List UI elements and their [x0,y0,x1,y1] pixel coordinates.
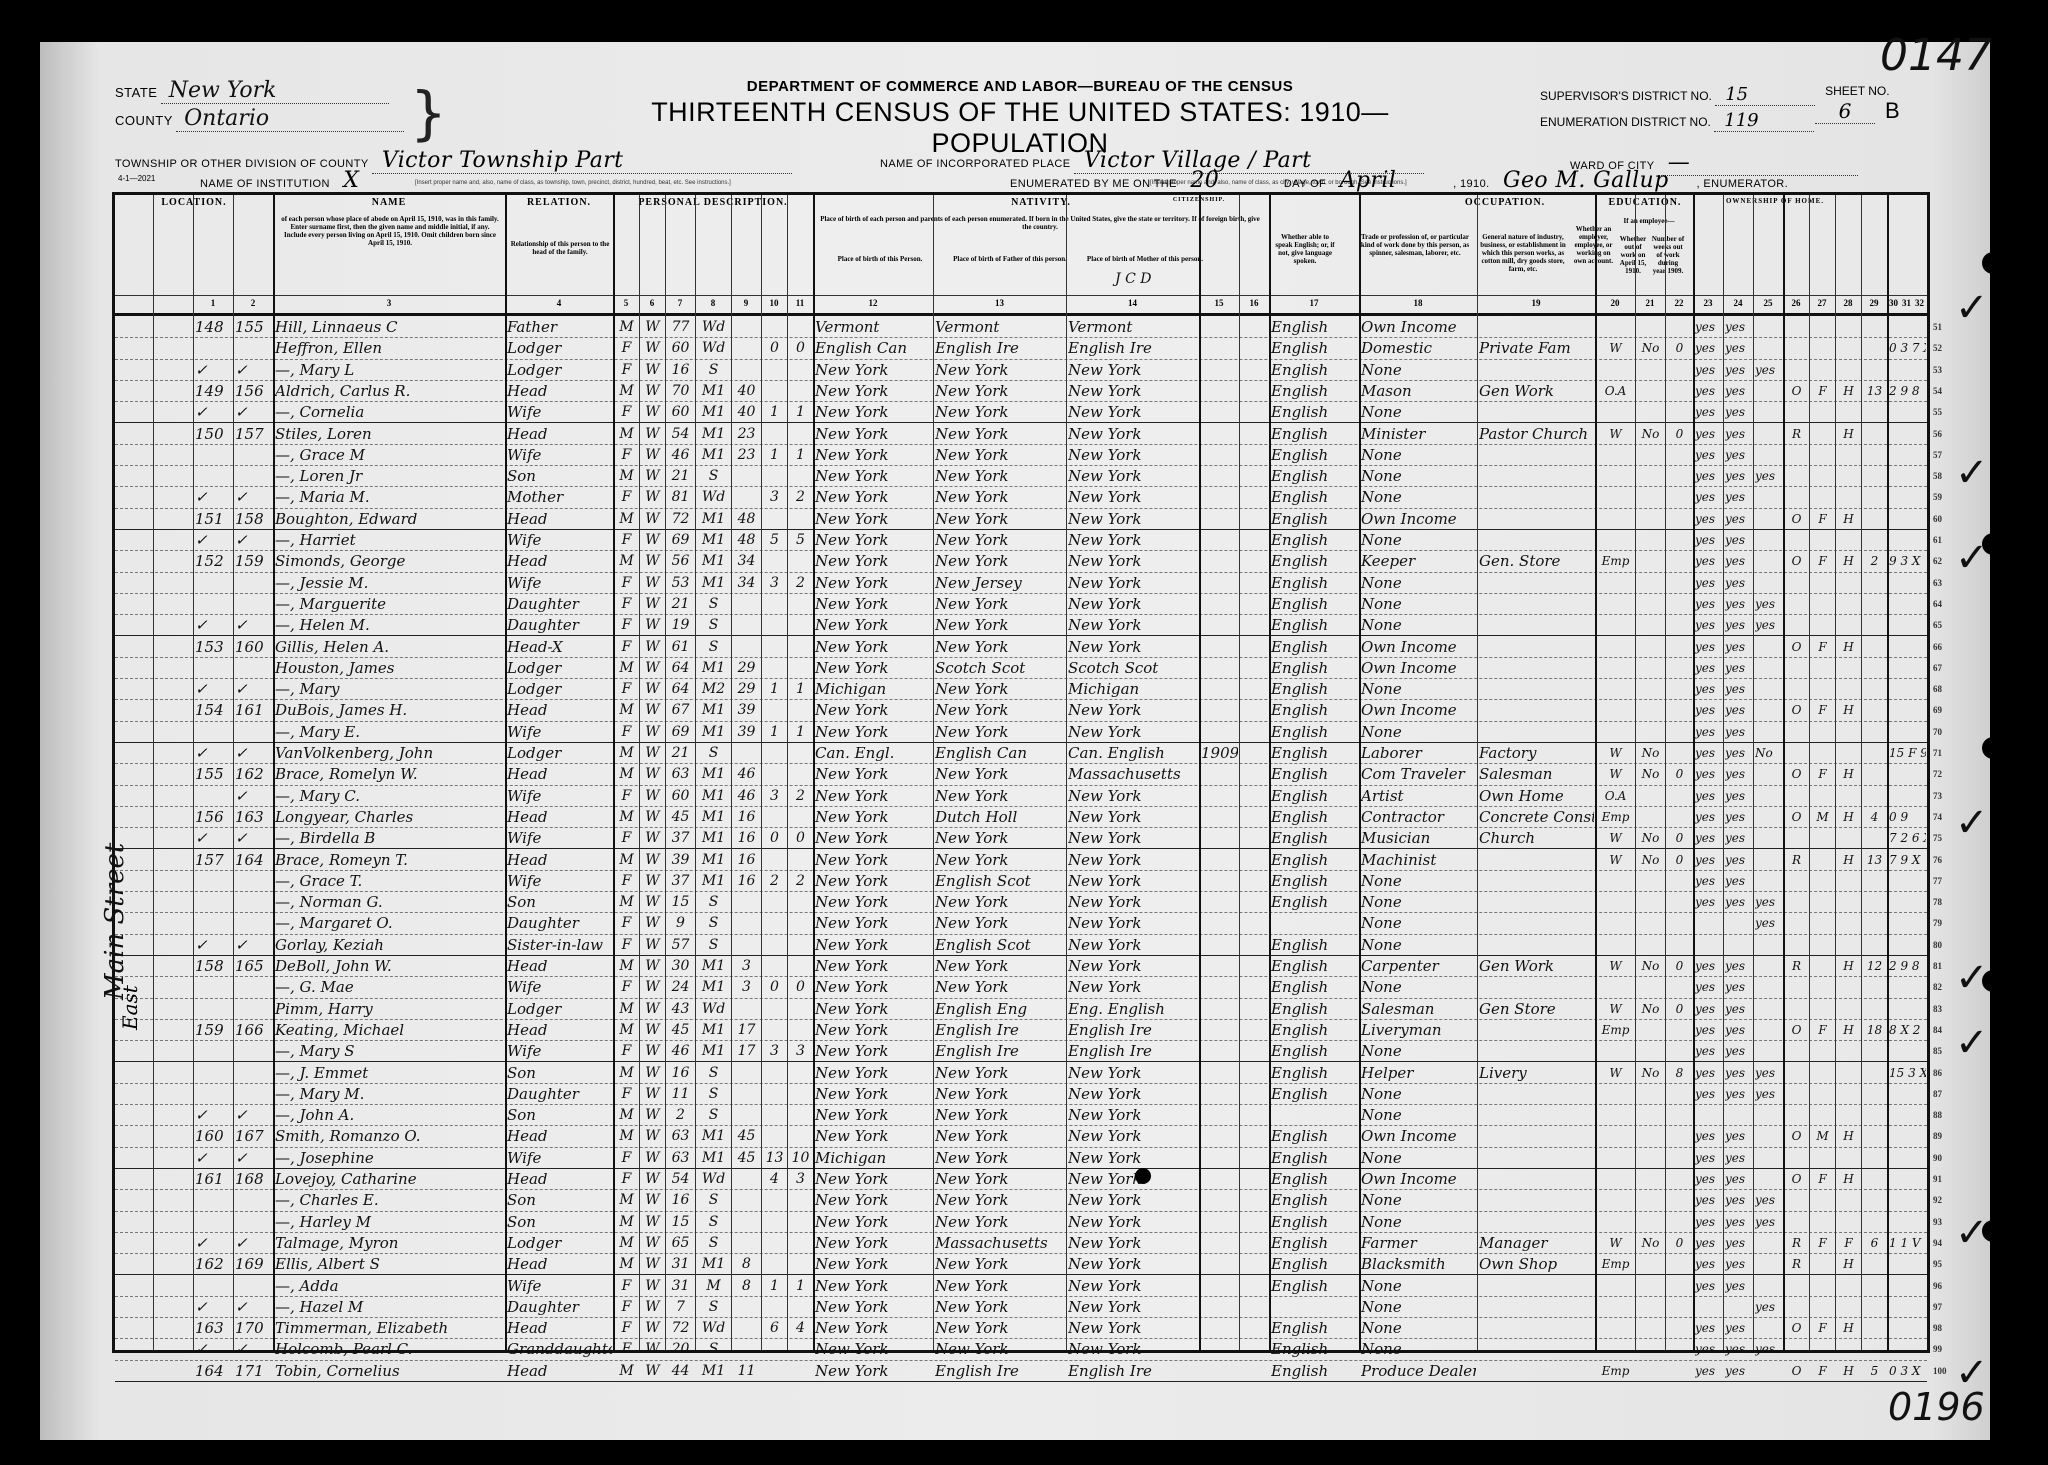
cell-house [155,1125,192,1146]
cell-wk: 0 [1667,337,1692,358]
line-number: 89 [1933,1131,1942,1141]
cell-ms: Wd [697,1317,730,1338]
column-number: 1 [193,298,233,308]
cell-born: 3 [763,785,786,806]
cell-bp: New York [815,955,932,976]
line-number: 88 [1933,1110,1942,1120]
cell-eng: English [1271,1211,1358,1232]
cell-nat [1241,465,1268,486]
cell-farm [1837,1189,1860,1210]
cell-sch: yes [1755,614,1782,635]
cell-bf: New York [935,508,1065,529]
cell-fam: ✓ [235,1338,272,1359]
cell-farm [1837,614,1860,635]
cell-emp: W [1597,1062,1634,1083]
cell-own [1785,870,1808,891]
cell-color: W [641,827,664,848]
cell-dw [195,1189,232,1210]
cell-free [1811,742,1834,763]
cell-house [155,976,192,997]
cell-living [789,1211,812,1232]
cell-wk [1667,1147,1692,1168]
census-table: LOCATION. NAME RELATION. PERSONAL DESCRI… [112,192,1930,1353]
column-divider [731,195,732,1350]
column-number: 25 [1753,298,1783,308]
cell-born [763,593,786,614]
cell-sched [1863,1338,1886,1359]
cell-name: —, John A. [275,1104,504,1125]
cell-dw [195,337,232,358]
cell-dw: ✓ [195,1296,232,1317]
cell-eng: English [1271,806,1358,827]
cell-eng [1271,1296,1358,1317]
cell-fam: ✓ [235,1296,272,1317]
cell-ym: 40 [733,380,760,401]
cell-fam [235,444,272,465]
cell-rel: Head [507,763,612,784]
cell-free [1811,849,1834,870]
cell-color: W [641,380,664,401]
cell-bm: New York [1068,934,1198,955]
cell-sched [1863,934,1886,955]
cell-trade: None [1361,1083,1476,1104]
cell-free [1811,423,1834,444]
cell-sch [1755,444,1782,465]
cell-sch [1755,721,1782,742]
cell-out [1637,1360,1664,1381]
cell-write: yes [1725,1125,1752,1146]
punch-hole [1982,737,2004,759]
cell-farm [1837,529,1860,550]
cell-imm [1201,955,1238,976]
cell-trade: Own Income [1361,699,1476,720]
column-number: 28 [1835,298,1861,308]
table-row: ✓✓—, Hazel MDaughterFW7SNew YorkNew York… [115,1296,1927,1318]
enumerator-name: Geo M. Gallup [1493,168,1693,194]
cell-eng: English [1271,785,1358,806]
cell-living [789,359,812,380]
cell-wk [1667,1338,1692,1359]
cell-rel: Sister-in-law [507,934,612,955]
cell-sch: yes [1755,593,1782,614]
cell-fam [235,1275,272,1296]
cell-born: 3 [763,486,786,507]
cell-house [155,912,192,933]
cell-age: 63 [667,1125,694,1146]
cell-name: —, Grace T. [275,870,504,891]
cell-sched [1863,1275,1886,1296]
cell-born [763,614,786,635]
cell-farm: H [1837,1360,1860,1381]
cell-emp [1597,401,1634,422]
cell-color: W [641,337,664,358]
cell-out: No [1637,1062,1664,1083]
cell-fam [235,593,272,614]
cell-trade: Keeper [1361,550,1476,571]
cell-living [789,1189,812,1210]
cell-codes: 1 1 V [1889,1232,1926,1253]
cell-wk: 8 [1667,1062,1692,1083]
cell-free [1811,593,1834,614]
header-left: STATE New York COUNTY Ontario [115,78,404,132]
cell-farm [1837,1104,1860,1125]
cell-free [1811,486,1834,507]
cell-trade: Laborer [1361,742,1476,763]
cell-write: yes [1725,550,1752,571]
cell-ms: S [697,359,730,380]
column-divider [933,195,934,1350]
cell-color: W [641,1275,664,1296]
cell-rel: Wife [507,785,612,806]
cell-sched: 12 [1863,955,1886,976]
cell-emp [1597,1147,1634,1168]
cell-write: yes [1725,486,1752,507]
line-number: 83 [1933,1004,1942,1014]
cell-living [789,657,812,678]
cell-bm: Scotch Scot [1068,657,1198,678]
cell-free [1811,1253,1834,1274]
column-number: 20 [1595,298,1635,308]
cell-out: No [1637,423,1664,444]
cell-codes [1889,572,1926,593]
column-divider [1887,195,1889,1350]
cell-farm: H [1837,763,1860,784]
cell-ind [1479,1125,1594,1146]
cell-name: —, Josephine [275,1147,504,1168]
cell-color: W [641,955,664,976]
cell-nat [1241,1253,1268,1274]
cell-read: yes [1695,1275,1722,1296]
cell-nat [1241,316,1268,337]
cell-eng: English [1271,508,1358,529]
cell-living: 1 [789,401,812,422]
cell-born: 3 [763,1040,786,1061]
cell-age: 69 [667,721,694,742]
line-number: 74 [1933,812,1942,822]
cell-bf: New York [935,699,1065,720]
cell-bf: English Scot [935,870,1065,891]
line-number: 81 [1933,961,1942,971]
cell-dw: ✓ [195,934,232,955]
table-row: —, AddaWifeFW31M811New YorkNew YorkNew Y… [115,1275,1927,1297]
column-divider [1809,195,1810,1350]
cell-name: —, Mary S [275,1040,504,1061]
cell-imm [1201,1189,1238,1210]
cell-color: W [641,998,664,1019]
cell-sex: F [615,827,638,848]
cell-own [1785,529,1808,550]
line-number: 75 [1933,833,1942,843]
cell-farm: H [1837,636,1860,657]
cell-fam: ✓ [235,486,272,507]
cell-sex: F [615,678,638,699]
cell-born [763,1338,786,1359]
cell-rel: Lodger [507,742,612,763]
cell-name: Boughton, Edward [275,508,504,529]
cell-wk [1667,1211,1692,1232]
cell-imm [1201,785,1238,806]
cell-free [1811,955,1834,976]
cell-bp: New York [815,785,932,806]
cell-farm: H [1837,1125,1860,1146]
cell-living [789,1253,812,1274]
cell-imm: 1909 [1201,742,1238,763]
cell-sch: yes [1755,1211,1782,1232]
cell-bm: New York [1068,465,1198,486]
cell-born: 1 [763,444,786,465]
cell-rel: Mother [507,486,612,507]
cell-out: No [1637,998,1664,1019]
cell-rel: Head [507,1360,612,1381]
cell-wk [1667,508,1692,529]
cell-own [1785,976,1808,997]
cell-eng: English [1271,934,1358,955]
cell-own [1785,1338,1808,1359]
cell-write: yes [1725,678,1752,699]
cell-imm [1201,614,1238,635]
cell-trade: None [1361,1189,1476,1210]
line-number: 52 [1933,343,1942,353]
cell-bp: Can. Engl. [815,742,932,763]
cell-nat [1241,614,1268,635]
cell-sched [1863,891,1886,912]
cell-ym [733,1338,760,1359]
state-label: STATE [115,85,157,100]
cell-farm: H [1837,423,1860,444]
cell-wk: 0 [1667,955,1692,976]
cell-nat [1241,1189,1268,1210]
cell-wk [1667,1275,1692,1296]
cell-age: 7 [667,1296,694,1317]
cell-bp: Vermont [815,316,932,337]
cell-own: R [1785,955,1808,976]
cell-fam: ✓ [235,359,272,380]
cell-bf: English Ire [935,1040,1065,1061]
cell-nat [1241,1040,1268,1061]
cell-bp: New York [815,1338,932,1359]
cell-dw: 154 [195,699,232,720]
cell-rel: Head [507,1317,612,1338]
cell-farm: H [1837,1019,1860,1040]
cell-bp: New York [815,827,932,848]
cell-write: yes [1725,636,1752,657]
cell-name: Brace, Romeyn T. [275,849,504,870]
cell-sex: F [615,572,638,593]
cell-trade: None [1361,359,1476,380]
table-row: —, Grace T.WifeFW37M11622New YorkEnglish… [115,870,1927,892]
cell-fam: 160 [235,636,272,657]
cell-living: 4 [789,1317,812,1338]
cell-color: W [641,401,664,422]
cell-eng: English [1271,1040,1358,1061]
cell-ym: 3 [733,955,760,976]
cell-born [763,1125,786,1146]
cell-ms: M1 [697,699,730,720]
cell-nat [1241,1317,1268,1338]
cell-fam: 162 [235,763,272,784]
cell-sch [1755,699,1782,720]
line-number: 98 [1933,1323,1942,1333]
cell-out [1637,1104,1664,1125]
cell-sex: F [615,1275,638,1296]
cell-eng: English [1271,1168,1358,1189]
cell-emp: W [1597,998,1634,1019]
table-row: 158165DeBoll, John W.HeadMW30M13New York… [115,955,1927,977]
cell-imm [1201,401,1238,422]
cell-born [763,763,786,784]
cell-write [1725,934,1752,955]
cell-age: 45 [667,806,694,827]
hdr-employer: Whether an employer, employee, or workin… [1571,225,1616,265]
cell-free [1811,912,1834,933]
cell-out [1637,444,1664,465]
cell-color: W [641,423,664,444]
cell-emp [1597,359,1634,380]
cell-age: 60 [667,401,694,422]
cell-out: No [1637,849,1664,870]
cell-sex: F [615,1338,638,1359]
cell-house [155,1360,192,1381]
table-row: —, MargueriteDaughterFW21SNew YorkNew Yo… [115,593,1927,615]
cell-read: yes [1695,849,1722,870]
cell-bf: English Ire [935,1360,1065,1381]
cell-rel: Head [507,1125,612,1146]
table-row: 159166Keating, MichaelHeadMW45M117New Yo… [115,1019,1927,1041]
cell-born [763,699,786,720]
cell-age: 24 [667,976,694,997]
cell-trade: None [1361,465,1476,486]
cell-house [155,1019,192,1040]
cell-sched: 13 [1863,849,1886,870]
cell-imm [1201,806,1238,827]
cell-sch [1755,1147,1782,1168]
cell-rel: Daughter [507,593,612,614]
cell-ym [733,486,760,507]
cell-nat [1241,657,1268,678]
cell-out [1637,891,1664,912]
cell-out [1637,785,1664,806]
cell-eng: English [1271,827,1358,848]
cell-write: yes [1725,806,1752,827]
cell-trade: Salesman [1361,998,1476,1019]
cell-read: yes [1695,806,1722,827]
cell-nat [1241,827,1268,848]
cell-sex: M [615,550,638,571]
cell-nat [1241,955,1268,976]
cell-eng: English [1271,486,1358,507]
cell-bp: New York [815,721,932,742]
cell-write: yes [1725,1275,1752,1296]
cell-emp [1597,1296,1634,1317]
cell-eng: English [1271,465,1358,486]
cell-emp [1597,657,1634,678]
table-row: —, Jessie M.WifeFW53M13432New YorkNew Je… [115,572,1927,594]
cell-sex: M [615,1062,638,1083]
cell-imm [1201,508,1238,529]
cell-eng: English [1271,976,1358,997]
cell-sex: F [615,614,638,635]
cell-nat [1241,870,1268,891]
cell-rel: Wife [507,1275,612,1296]
department-line: DEPARTMENT OF COMMERCE AND LABOR—BUREAU … [590,78,1450,95]
cell-own: O [1785,763,1808,784]
column-number: 13 [933,298,1066,308]
cell-ms: S [697,465,730,486]
cell-bf: New York [935,1125,1065,1146]
cell-codes [1889,1317,1926,1338]
cell-house [155,444,192,465]
cell-write: yes [1725,955,1752,976]
cell-trade: None [1361,976,1476,997]
cell-emp [1597,1083,1634,1104]
cell-born [763,465,786,486]
cell-house [155,891,192,912]
cell-wk [1667,1083,1692,1104]
cell-bf: New York [935,1338,1065,1359]
cell-rel: Daughter [507,614,612,635]
cell-wk [1667,678,1692,699]
cell-nat [1241,912,1268,933]
cell-bp: English Can [815,337,932,358]
cell-age: 21 [667,742,694,763]
cell-ms: S [697,1189,730,1210]
cell-read: yes [1695,1083,1722,1104]
sheet-side: B [1885,98,1900,123]
cell-born: 5 [763,529,786,550]
column-number: 23 [1693,298,1723,308]
cell-bm: New York [1068,614,1198,635]
hdr-weeks-out: Number of weeks out of work during year … [1651,235,1685,275]
cell-sex: M [615,423,638,444]
cell-color: W [641,444,664,465]
cell-nat [1241,1062,1268,1083]
column-number: 26 [1783,298,1809,308]
cell-free: F [1811,508,1834,529]
cell-free [1811,891,1834,912]
cell-out [1637,1125,1664,1146]
cell-imm [1201,486,1238,507]
cell-living [789,614,812,635]
cell-ym: 34 [733,550,760,571]
cell-read: yes [1695,699,1722,720]
cell-read: yes [1695,891,1722,912]
cell-trade: Own Income [1361,1125,1476,1146]
cell-eng: English [1271,401,1358,422]
cell-wk: 0 [1667,849,1692,870]
cell-dw: 158 [195,955,232,976]
cell-emp [1597,976,1634,997]
cell-nat [1241,572,1268,593]
cell-living: 0 [789,337,812,358]
cell-wk [1667,1189,1692,1210]
cell-fam: 167 [235,1125,272,1146]
cell-wk [1667,636,1692,657]
cell-sex: F [615,444,638,465]
cell-sched [1863,316,1886,337]
cell-read: yes [1695,550,1722,571]
cell-free: F [1811,1360,1834,1381]
cell-emp: W [1597,1232,1634,1253]
cell-codes [1889,1338,1926,1359]
cell-sch [1755,380,1782,401]
cell-own [1785,316,1808,337]
cell-free [1811,529,1834,550]
cell-read: yes [1695,1317,1722,1338]
cell-house [155,572,192,593]
cell-wk [1667,529,1692,550]
table-row: —, Mary E.WifeFW69M13911New YorkNew York… [115,721,1927,743]
cell-eng: English [1271,1083,1358,1104]
